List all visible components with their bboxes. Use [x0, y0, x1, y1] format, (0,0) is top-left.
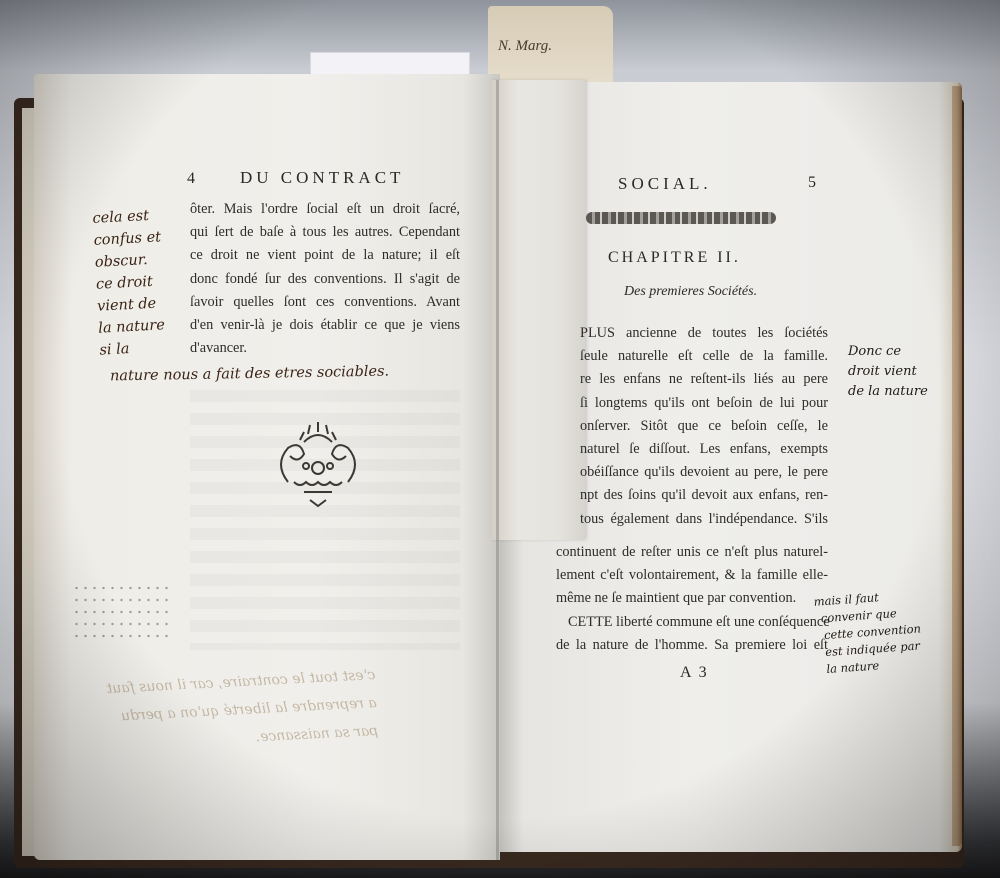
- text-line: npt des ſoins qu'il devoit aux enfans, r…: [580, 484, 828, 507]
- text-line: d'en venir-là je dois établir ce que je …: [190, 314, 460, 337]
- text-line: tous également dans l'indépendance. S'il…: [580, 508, 828, 531]
- braided-ornament-rule: [586, 212, 776, 224]
- text-line: ôter. Mais l'ordre ſocial eſt un droit ſ…: [190, 198, 460, 221]
- text-line: continuent de reſter unis ce n'eſt plus …: [556, 541, 828, 564]
- right-page-number: 5: [808, 174, 816, 192]
- right-page-text-lower: continuent de reſter unis ce n'eſt plus …: [556, 541, 828, 657]
- text-line: même ne ſe maintient que par convention.: [556, 587, 828, 610]
- signature-mark: A 3: [680, 664, 709, 682]
- ink-speckles: [72, 582, 172, 642]
- faded-showthrough-handwriting: c'est tout le contraire, car il nous fau…: [106, 661, 379, 759]
- book-gutter: [496, 80, 499, 860]
- right-page-text-upper: PLUS ancienne de toutes les ſociétés ſeu…: [580, 322, 828, 531]
- text-line: ce droit ne vient point de la nature; il…: [190, 244, 460, 267]
- chapter-title: CHAPITRE II.: [608, 249, 741, 267]
- handwritten-right-margin-note: Donc ce droit vient de la nature: [848, 342, 928, 402]
- text-line: de la nature de l'homme. Sa premiere loi…: [556, 634, 828, 657]
- text-line: onſerver. Sitôt que ce beſoin ceſſe, le: [580, 415, 828, 438]
- text-line: ſavoir quelles ſont ces conventions. Ava…: [190, 291, 460, 314]
- text-line: PLUS ancienne de toutes les ſociétés: [580, 322, 828, 345]
- text-line: obéiſſance qu'ils devoient au pere, le p…: [580, 461, 828, 484]
- tab-label: N. Marg.: [498, 38, 552, 55]
- text-line: d'avancer.: [190, 337, 460, 360]
- text-line: ſi longtems qu'ils ont beſoin de lui pou…: [580, 392, 828, 415]
- text-line: re les enfans ne reſtent-ils liés au per…: [580, 368, 828, 391]
- folded-page-strip: [490, 80, 585, 540]
- text-line: CETTE liberté commune eſt une conſéquenc…: [556, 611, 828, 634]
- text-line: ſeule naturelle eſt celle de la famille.: [580, 345, 828, 368]
- left-page-text: ôter. Mais l'ordre ſocial eſt un droit ſ…: [190, 198, 460, 360]
- text-line: qui ſert de baſe à tous les autres. Cepe…: [190, 221, 460, 244]
- foxed-page-edge: [952, 86, 962, 846]
- chapter-subtitle: Des premieres Sociétés.: [624, 284, 757, 300]
- text-line: donc fondé ſur des conventions. Il s'agi…: [190, 268, 460, 291]
- left-running-head: DU CONTRACT: [240, 168, 404, 188]
- right-running-head: SOCIAL.: [618, 174, 712, 194]
- fleuron-ornament-icon: [270, 416, 366, 510]
- text-line: lement c'eſt volontairement, & la famill…: [556, 564, 828, 587]
- handwritten-lower-right-note: mais il faut convenir que cette conventi…: [813, 586, 924, 678]
- left-page-number: 4: [187, 170, 195, 188]
- text-line: naturel ſe diſſout. Les enfans, exempts: [580, 438, 828, 461]
- handwritten-left-margin-note: cela est confus et obscur. ce droit vien…: [92, 204, 167, 361]
